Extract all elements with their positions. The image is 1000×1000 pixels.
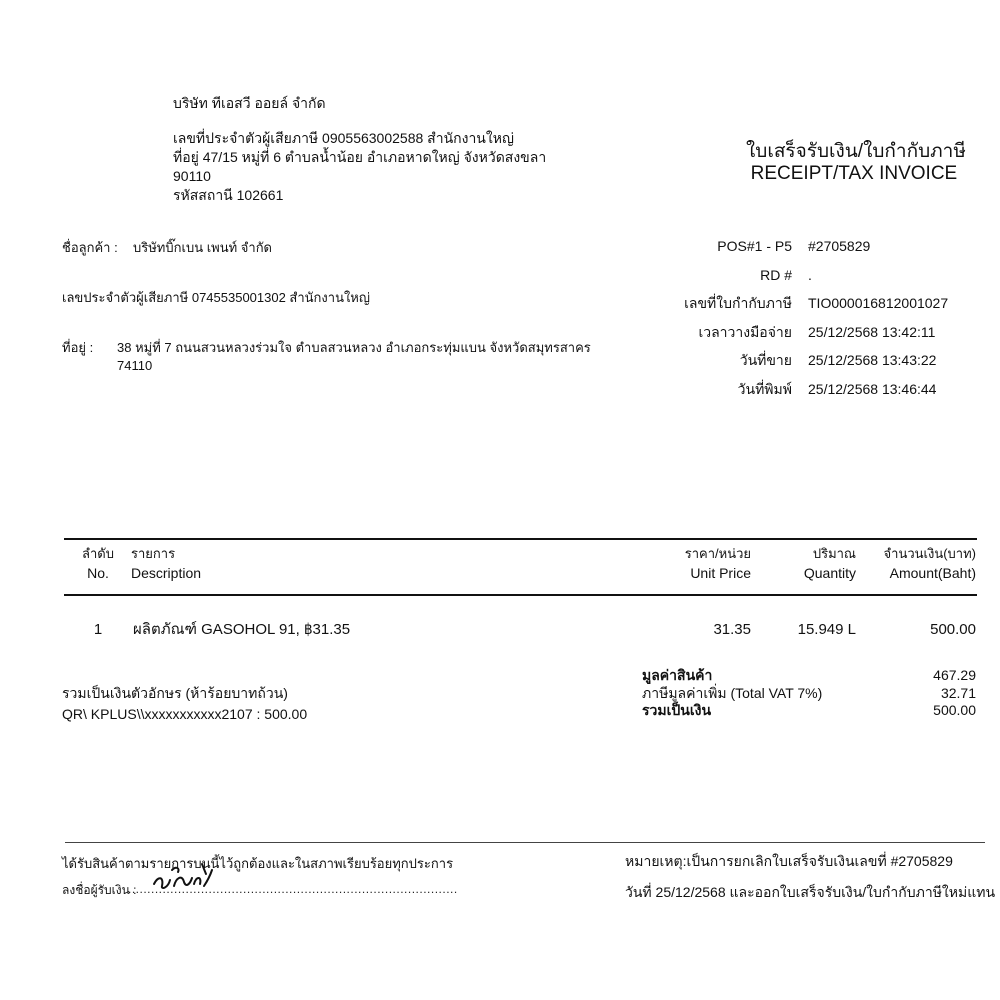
meta-value: 25/12/2568 13:43:22 (808, 351, 970, 370)
document-title-th: ใบเสร็จรับเงิน/ใบกำกับภาษี (746, 141, 966, 163)
remark-line-1: หมายเหตุ:เป็นการยกเลิกใบเสร็จรับเงินเลขท… (625, 851, 953, 873)
total-label: ภาษีมูลค่าเพิ่ม (Total VAT 7%) (642, 685, 822, 703)
footer-rule (65, 842, 985, 843)
seller-tax-id: เลขที่ประจำตัวผู้เสียภาษี 0905563002588 … (173, 129, 546, 148)
row-quantity: 15.949 L (770, 620, 856, 640)
handwritten-signature (150, 858, 220, 892)
remark-line-2: วันที่ 25/12/2568 และออกใบเสร็จรับเงิน/ใ… (625, 882, 995, 904)
meta-label: วันที่พิมพ์ (640, 380, 808, 399)
column-header-unit-price: ราคา/หน่วย Unit Price (660, 545, 751, 583)
signature-label: ลงชื่อผู้รับเงิน : (62, 881, 137, 900)
table-header-rule (64, 594, 977, 596)
column-header-th: ปริมาณ (770, 545, 856, 563)
meta-row-tax-invoice-no: เลขที่ใบกำกับภาษีTIO000016812001027 (640, 294, 970, 323)
meta-value: TIO000016812001027 (808, 294, 970, 313)
column-header-en: Unit Price (660, 563, 751, 583)
seller-postcode: 90110 (173, 167, 546, 186)
total-row-net: มูลค่าสินค้า467.29 (642, 667, 976, 685)
total-value: 32.71 (941, 685, 976, 703)
invoice-meta: POS#1 - P5#2705829 RD #. เลขที่ใบกำกับภา… (640, 237, 970, 408)
customer-address-line2: 74110 (117, 357, 591, 375)
row-no: 1 (80, 620, 116, 640)
meta-row-nozzle-time: เวลาวางมือจ่าย25/12/2568 13:42:11 (640, 323, 970, 352)
customer-address: 38 หมู่ที่ 7 ถนนสวนหลวงร่วมใจ ตำบลสวนหลว… (117, 339, 591, 375)
meta-row-sale-date: วันที่ขาย25/12/2568 13:43:22 (640, 351, 970, 380)
column-header-th: จำนวนเงิน(บาท) (870, 545, 976, 563)
seller-name: บริษัท ทีเอสวี ออยล์ จำกัด (173, 94, 326, 113)
column-header-th: รายการ (131, 545, 201, 563)
column-header-en: Amount(Baht) (870, 563, 976, 583)
column-header-quantity: ปริมาณ Quantity (770, 545, 856, 583)
column-header-amount: จำนวนเงิน(บาท) Amount(Baht) (870, 545, 976, 583)
meta-value: 25/12/2568 13:42:11 (808, 323, 970, 342)
total-row-vat: ภาษีมูลค่าเพิ่ม (Total VAT 7%)32.71 (642, 685, 976, 703)
row-unit-price: 31.35 (660, 620, 751, 640)
column-header-th: ลำดับ (80, 545, 116, 563)
meta-value: . (808, 266, 970, 285)
row-amount: 500.00 (870, 620, 976, 640)
total-value: 500.00 (933, 702, 976, 720)
meta-label: POS#1 - P5 (640, 237, 808, 256)
column-header-th: ราคา/หน่วย (660, 545, 751, 563)
column-header-no: ลำดับ No. (80, 545, 116, 583)
meta-row-pos: POS#1 - P5#2705829 (640, 237, 970, 266)
table-top-rule (64, 538, 977, 540)
total-label: มูลค่าสินค้า (642, 667, 712, 685)
meta-row-print-date: วันที่พิมพ์25/12/2568 13:46:44 (640, 380, 970, 409)
column-header-description: รายการ Description (131, 545, 201, 583)
customer-address-label: ที่อยู่ : (62, 339, 93, 357)
seller-address: ที่อยู่ 47/15 หมู่ที่ 6 ตำบลน้ำน้อย อำเภ… (173, 148, 546, 167)
meta-label: เวลาวางมือจ่าย (640, 323, 808, 342)
amount-in-words: รวมเป็นเงินตัวอักษร (ห้าร้อยบาทถ้วน) (62, 684, 288, 703)
customer-address-line1: 38 หมู่ที่ 7 ถนนสวนหลวงร่วมใจ ตำบลสวนหลว… (117, 339, 591, 357)
document-title: ใบเสร็จรับเงิน/ใบกำกับภาษี RECEIPT/TAX I… (746, 141, 966, 185)
meta-value: #2705829 (808, 237, 970, 256)
document-title-en: RECEIPT/TAX INVOICE (742, 163, 966, 185)
meta-row-rd: RD #. (640, 266, 970, 295)
total-value: 467.29 (933, 667, 976, 685)
customer-name: บริษัทบิ๊กเบน เพนท์ จำกัด (133, 239, 272, 257)
row-description: ผลิตภัณฑ์ GASOHOL 91, ฿31.35 (133, 620, 350, 640)
total-row-grand: รวมเป็นเงิน500.00 (642, 702, 976, 720)
column-header-en: Quantity (770, 563, 856, 583)
customer-name-label: ชื่อลูกค้า : (62, 239, 118, 257)
column-header-en: No. (80, 563, 116, 583)
meta-label: เลขที่ใบกำกับภาษี (640, 294, 808, 313)
seller-station-code: รหัสสถานี 102661 (173, 186, 546, 205)
meta-value: 25/12/2568 13:46:44 (808, 380, 970, 399)
totals-summary: มูลค่าสินค้า467.29 ภาษีมูลค่าเพิ่ม (Tota… (642, 667, 976, 720)
payment-method: QR\ KPLUS\\xxxxxxxxxxx2107 : 500.00 (62, 705, 307, 724)
column-header-en: Description (131, 563, 201, 583)
customer-tax-id: เลขประจำตัวผู้เสียภาษี 0745535001302 สำน… (62, 289, 370, 307)
meta-label: วันที่ขาย (640, 351, 808, 370)
total-label: รวมเป็นเงิน (642, 702, 711, 720)
acknowledgement-text: ได้รับสินค้าตามรายการบนนี้ไว้ถูกต้องและใ… (62, 853, 453, 874)
meta-label: RD # (640, 266, 808, 285)
seller-info: เลขที่ประจำตัวผู้เสียภาษี 0905563002588 … (173, 129, 546, 205)
